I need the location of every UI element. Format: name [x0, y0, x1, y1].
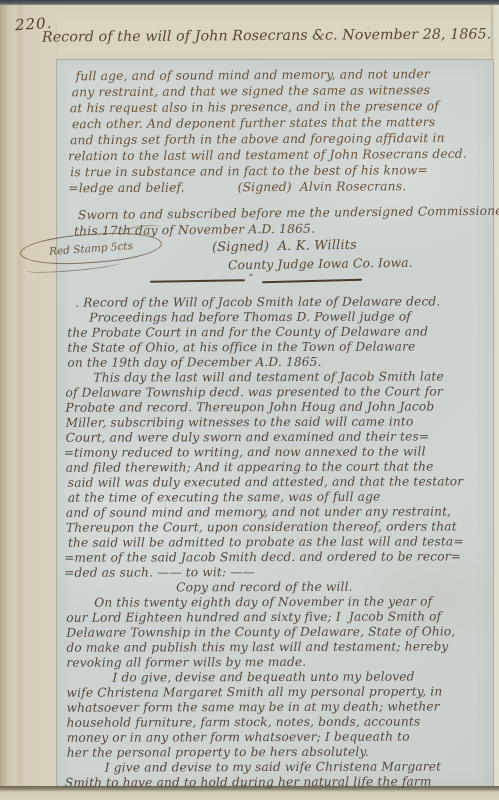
manuscript-line: do make and publish this my last will an… [64, 639, 492, 655]
manuscript-line: =ment of the said Jacob Smith decd. and … [64, 549, 492, 565]
manuscript-line: household furniture, farm stock, notes, … [65, 714, 493, 730]
manuscript-line: =ledge and belief. (Signed) Alvin Rosecr… [68, 178, 492, 197]
manuscript-line: money or in any other form whatsoever; I… [65, 729, 493, 745]
commissioner-signature-title: County Judge Iowa Co. Iowa. [228, 256, 413, 273]
manuscript-line: Copy and record of the will. [64, 579, 492, 595]
manuscript-line: relation to the last will and testament … [68, 146, 492, 165]
scan-top-edge [0, 0, 499, 5]
manuscript-line: This day the last will and testament of … [63, 369, 491, 385]
manuscript-line: I do give, devise and bequeath unto my b… [64, 669, 492, 685]
rosecrans-affidavit-block: full age, and of sound mind and memory, … [68, 66, 493, 197]
manuscript-line: of Delaware Township decd. was presented… [63, 384, 491, 400]
record-header-title: Record of the will of John Rosecrans &c.… [42, 26, 492, 45]
manuscript-line: I give and devise to my said wife Christ… [65, 759, 493, 775]
manuscript-line: wife Christena Margaret Smith all my per… [64, 684, 492, 700]
scanned-record-book-page: 220. Record of the will of John Rosecran… [0, 0, 499, 800]
manuscript-line: at the time of executing the same, was o… [64, 489, 492, 505]
manuscript-line: said will was duly executed and attested… [64, 474, 492, 490]
manuscript-line: and of sound mind and memory, and not un… [64, 504, 492, 520]
book-left-edge [0, 5, 58, 800]
manuscript-line: the State of Ohio, at his office in the … [63, 339, 491, 355]
section-divider: ″ [150, 272, 362, 286]
divider-line-left [150, 279, 245, 283]
manuscript-line: Probate and record. Thereupon John Houg … [64, 399, 492, 415]
ditto-mark: ″ [249, 272, 253, 285]
manuscript-line: Smith to have and to hold during her nat… [65, 774, 493, 790]
manuscript-line: Proceedings had before Thomas D. Powell … [63, 309, 491, 325]
manuscript-line: the said will be admitted to probate as … [64, 534, 492, 550]
manuscript-line: Court, and were duly sworn and examined … [64, 429, 492, 445]
divider-line-right [262, 279, 362, 284]
manuscript-line: whatsoever form the same may be in at my… [65, 699, 493, 715]
manuscript-line: =ded as such. —— to wit: —— [64, 564, 492, 580]
manuscript-line: Delaware Township in the County of Delaw… [64, 624, 492, 640]
manuscript-line: . Record of the Will of Jacob Smith late… [63, 294, 491, 310]
manuscript-line: and filed therewith; And it appearing to… [64, 459, 492, 475]
commissioner-signature: (Signed) A. K. Willits [212, 238, 357, 256]
manuscript-line: Miller, subscribing witnesses to the sai… [64, 414, 492, 430]
manuscript-line: On this twenty eighth day of November in… [64, 594, 492, 610]
smith-record-block: . Record of the Will of Jacob Smith late… [63, 294, 493, 790]
manuscript-line: =timony reduced to writing, and now anne… [64, 444, 492, 460]
manuscript-line: our Lord Eighteen hundred and sixty five… [64, 609, 492, 625]
manuscript-line: Thereupon the Court, upon consideration … [64, 519, 492, 535]
manuscript-line: revoking all former wills by me made. [64, 654, 492, 670]
manuscript-line: the Probate Court in and for the County … [63, 324, 491, 340]
manuscript-line: on the 19th day of December A.D. 1865. [63, 354, 491, 370]
manuscript-line: her the personal property to be hers abs… [65, 744, 493, 760]
